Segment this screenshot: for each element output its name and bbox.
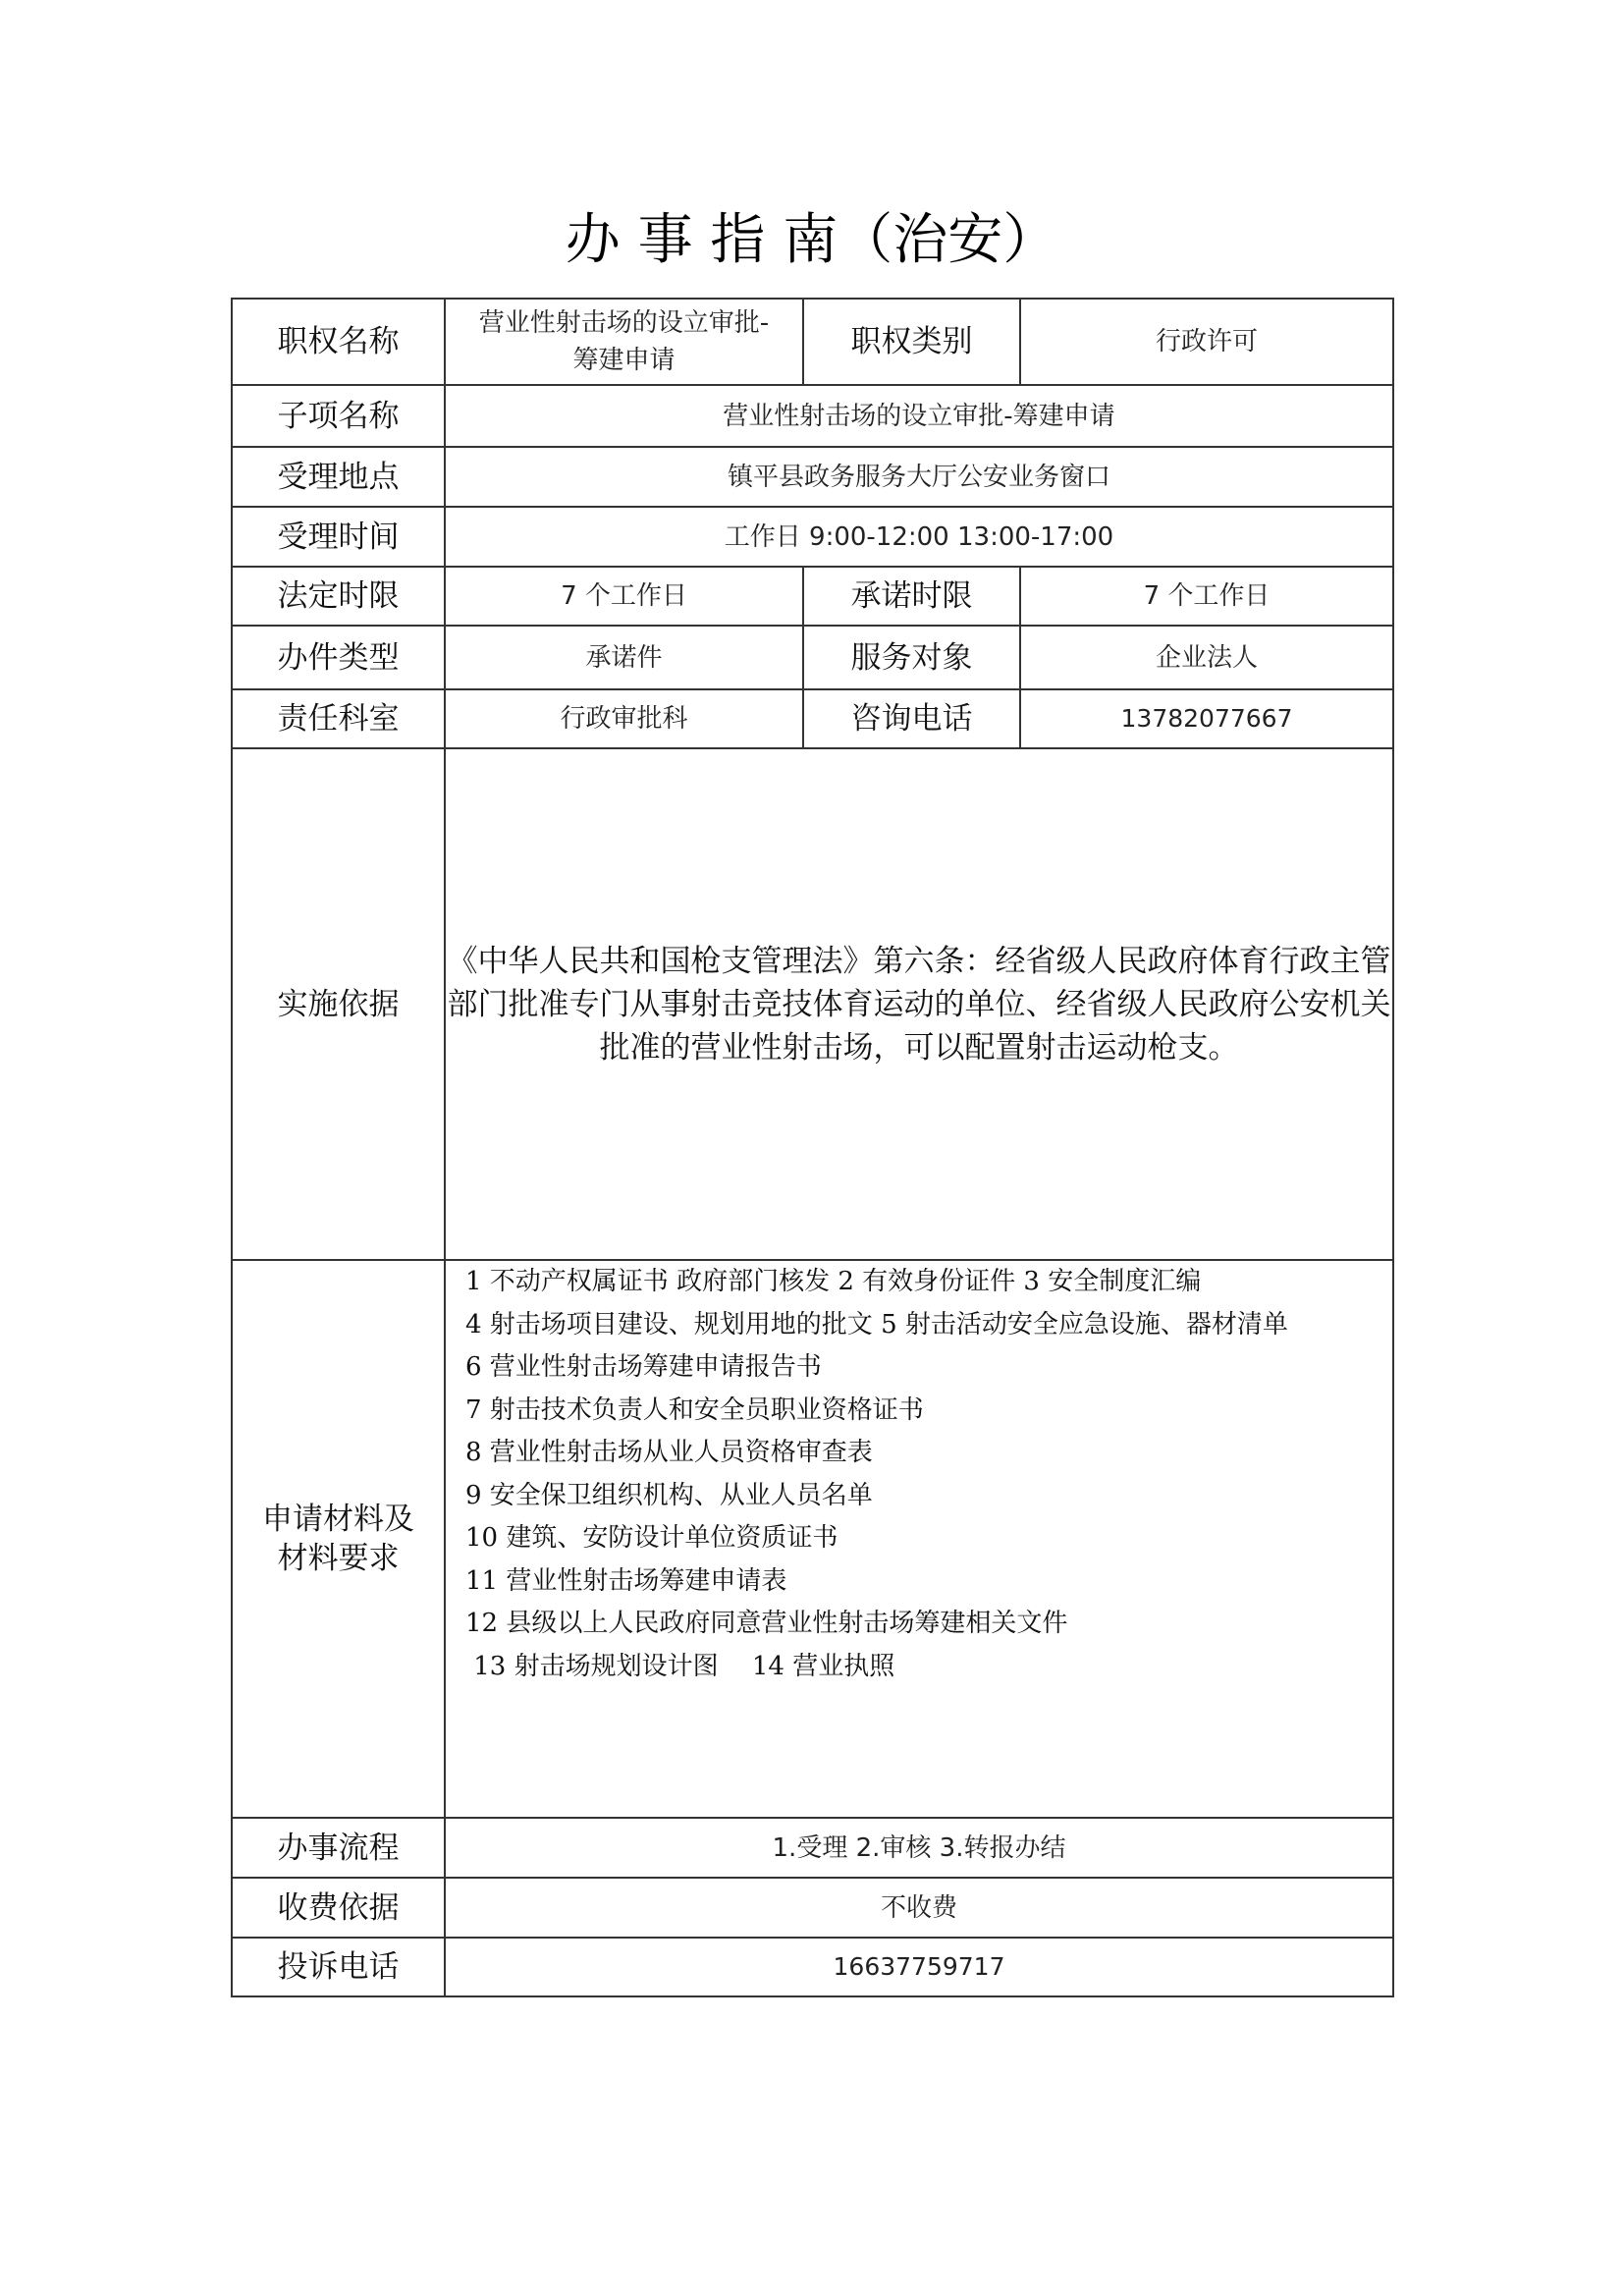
- material-item: 4 射击场项目建设、规划用地的批文 5 射击活动安全应急设施、器材清单: [465, 1304, 1388, 1347]
- hours-value: 工作日 9:00-12:00 13:00-17:00: [445, 507, 1393, 567]
- row-fee: 收费依据 不收费: [232, 1878, 1393, 1938]
- complaint-phone-value: 16637759717: [445, 1938, 1393, 1996]
- material-item: 12 县级以上人民政府同意营业性射击场筹建相关文件: [465, 1603, 1388, 1646]
- authority-name-label: 职权名称: [232, 299, 445, 385]
- materials-label: 申请材料及 材料要求: [232, 1260, 445, 1818]
- legal-limit-value: 7 个工作日: [445, 567, 803, 626]
- sub-item-value: 营业性射击场的设立审批-筹建申请: [445, 385, 1393, 447]
- authority-type-value: 行政许可: [1020, 299, 1393, 385]
- materials-list: 1 不动产权属证书 政府部门核发 2 有效身份证件 3 安全制度汇编 4 射击场…: [445, 1260, 1393, 1818]
- department-value: 行政审批科: [445, 689, 803, 748]
- row-sub-item: 子项名称 营业性射击场的设立审批-筹建申请: [232, 385, 1393, 447]
- row-complaint-phone: 投诉电话 16637759717: [232, 1938, 1393, 1996]
- legal-limit-label: 法定时限: [232, 567, 445, 626]
- location-value: 镇平县政务服务大厅公安业务窗口: [445, 447, 1393, 507]
- authority-name-line2: 筹建申请: [446, 342, 802, 379]
- promised-limit-label: 承诺时限: [803, 567, 1020, 626]
- basis-label: 实施依据: [232, 748, 445, 1260]
- promised-limit-value: 7 个工作日: [1020, 567, 1393, 626]
- row-authority: 职权名称 营业性射击场的设立审批- 筹建申请 职权类别 行政许可: [232, 299, 1393, 385]
- row-materials: 申请材料及 材料要求 1 不动产权属证书 政府部门核发 2 有效身份证件 3 安…: [232, 1260, 1393, 1818]
- material-item: 6 营业性射击场筹建申请报告书: [465, 1346, 1388, 1390]
- service-guide-table: 职权名称 营业性射击场的设立审批- 筹建申请 职权类别 行政许可 子项名称 营业…: [231, 298, 1394, 1997]
- row-basis: 实施依据 《中华人民共和国枪支管理法》第六条：经省级人民政府体育行政主管部门批准…: [232, 748, 1393, 1260]
- consult-phone-value: 13782077667: [1020, 689, 1393, 748]
- material-item: 1 不动产权属证书 政府部门核发 2 有效身份证件 3 安全制度汇编: [465, 1261, 1388, 1304]
- row-hours: 受理时间 工作日 9:00-12:00 13:00-17:00: [232, 507, 1393, 567]
- material-item: 9 安全保卫组织机构、从业人员名单: [465, 1475, 1388, 1518]
- authority-type-label: 职权类别: [803, 299, 1020, 385]
- materials-label-line2: 材料要求: [233, 1539, 444, 1578]
- row-time-limits: 法定时限 7 个工作日 承诺时限 7 个工作日: [232, 567, 1393, 626]
- fee-label: 收费依据: [232, 1878, 445, 1938]
- fee-value: 不收费: [445, 1878, 1393, 1938]
- department-label: 责任科室: [232, 689, 445, 748]
- service-target-value: 企业法人: [1020, 626, 1393, 689]
- basis-text: 《中华人民共和国枪支管理法》第六条：经省级人民政府体育行政主管部门批准专门从事射…: [445, 748, 1393, 1260]
- case-type-label: 办件类型: [232, 626, 445, 689]
- complaint-phone-label: 投诉电话: [232, 1938, 445, 1996]
- authority-name-value: 营业性射击场的设立审批- 筹建申请: [445, 299, 803, 385]
- process-value: 1.受理 2.审核 3.转报办结: [445, 1818, 1393, 1878]
- process-label: 办事流程: [232, 1818, 445, 1878]
- consult-phone-label: 咨询电话: [803, 689, 1020, 748]
- material-item: 10 建筑、安防设计单位资质证书: [465, 1517, 1388, 1560]
- material-item: 11 营业性射击场筹建申请表: [465, 1560, 1388, 1604]
- row-location: 受理地点 镇平县政务服务大厅公安业务窗口: [232, 447, 1393, 507]
- location-label: 受理地点: [232, 447, 445, 507]
- material-item: 7 射击技术负责人和安全员职业资格证书: [465, 1390, 1388, 1433]
- page-title: 办 事 指 南（治安）: [0, 201, 1623, 280]
- case-type-value: 承诺件: [445, 626, 803, 689]
- hours-label: 受理时间: [232, 507, 445, 567]
- material-item: 13 射击场规划设计图 14 营业执照: [465, 1646, 1388, 1689]
- materials-label-line1: 申请材料及: [233, 1500, 444, 1539]
- material-item: 8 营业性射击场从业人员资格审查表: [465, 1432, 1388, 1475]
- service-target-label: 服务对象: [803, 626, 1020, 689]
- row-case-type: 办件类型 承诺件 服务对象 企业法人: [232, 626, 1393, 689]
- row-department: 责任科室 行政审批科 咨询电话 13782077667: [232, 689, 1393, 748]
- authority-name-line1: 营业性射击场的设立审批-: [446, 304, 802, 342]
- row-process: 办事流程 1.受理 2.审核 3.转报办结: [232, 1818, 1393, 1878]
- sub-item-label: 子项名称: [232, 385, 445, 447]
